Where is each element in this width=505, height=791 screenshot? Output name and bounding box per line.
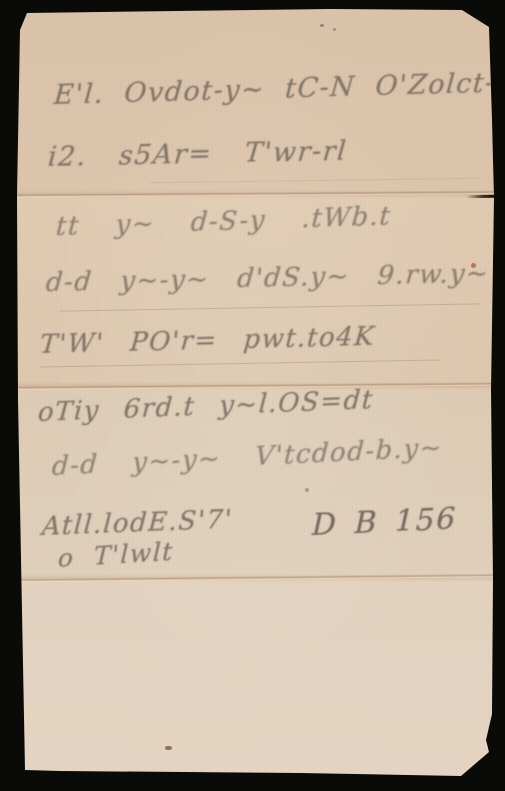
stain-speck — [165, 746, 172, 750]
handwriting-line: Atll.lodE.S'7' — [41, 505, 234, 542]
handwriting-line: oTiy 6rd.t y~l.OS=dt — [37, 385, 375, 428]
fold-crease — [16, 573, 495, 582]
handwriting-line: E'l. Ovdot-y~ tC-N O'Zolct-rT — [53, 67, 505, 111]
manuscript-page: E'l. Ovdot-y~ tC-N O'Zolct-rT i2. s5Ar= … — [0, 0, 505, 791]
photo-background: E'l. Ovdot-y~ tC-N O'Zolct-rT i2. s5Ar= … — [0, 0, 505, 791]
handwriting-line: o T'lwlt — [57, 537, 174, 573]
handwriting-line: T'W' PO'r= pwt.to4K — [39, 322, 377, 360]
handwriting-line: d-d y~-y~ V'tcdod-b.y~ — [51, 433, 444, 482]
stain-speck — [320, 24, 324, 27]
handwriting-line: i2. s5Ar= T'wr-rl — [47, 136, 349, 173]
pencil-guide-line — [60, 303, 480, 311]
handwriting-ledger-reference: D B 156 — [312, 502, 458, 543]
fold-crease — [16, 190, 495, 197]
stain-speck — [333, 28, 336, 31]
stain-speck — [471, 263, 476, 268]
handwriting-line: d-d y~-y~ d'dS.y~ 9.rw.y~ — [45, 259, 491, 298]
edge-tear — [466, 195, 494, 198]
handwriting-line: tt y~ d-S-y .tWb.t — [55, 201, 393, 242]
pencil-guide-line — [40, 360, 440, 368]
pencil-guide-line — [150, 178, 480, 184]
stain-speck — [305, 488, 309, 492]
